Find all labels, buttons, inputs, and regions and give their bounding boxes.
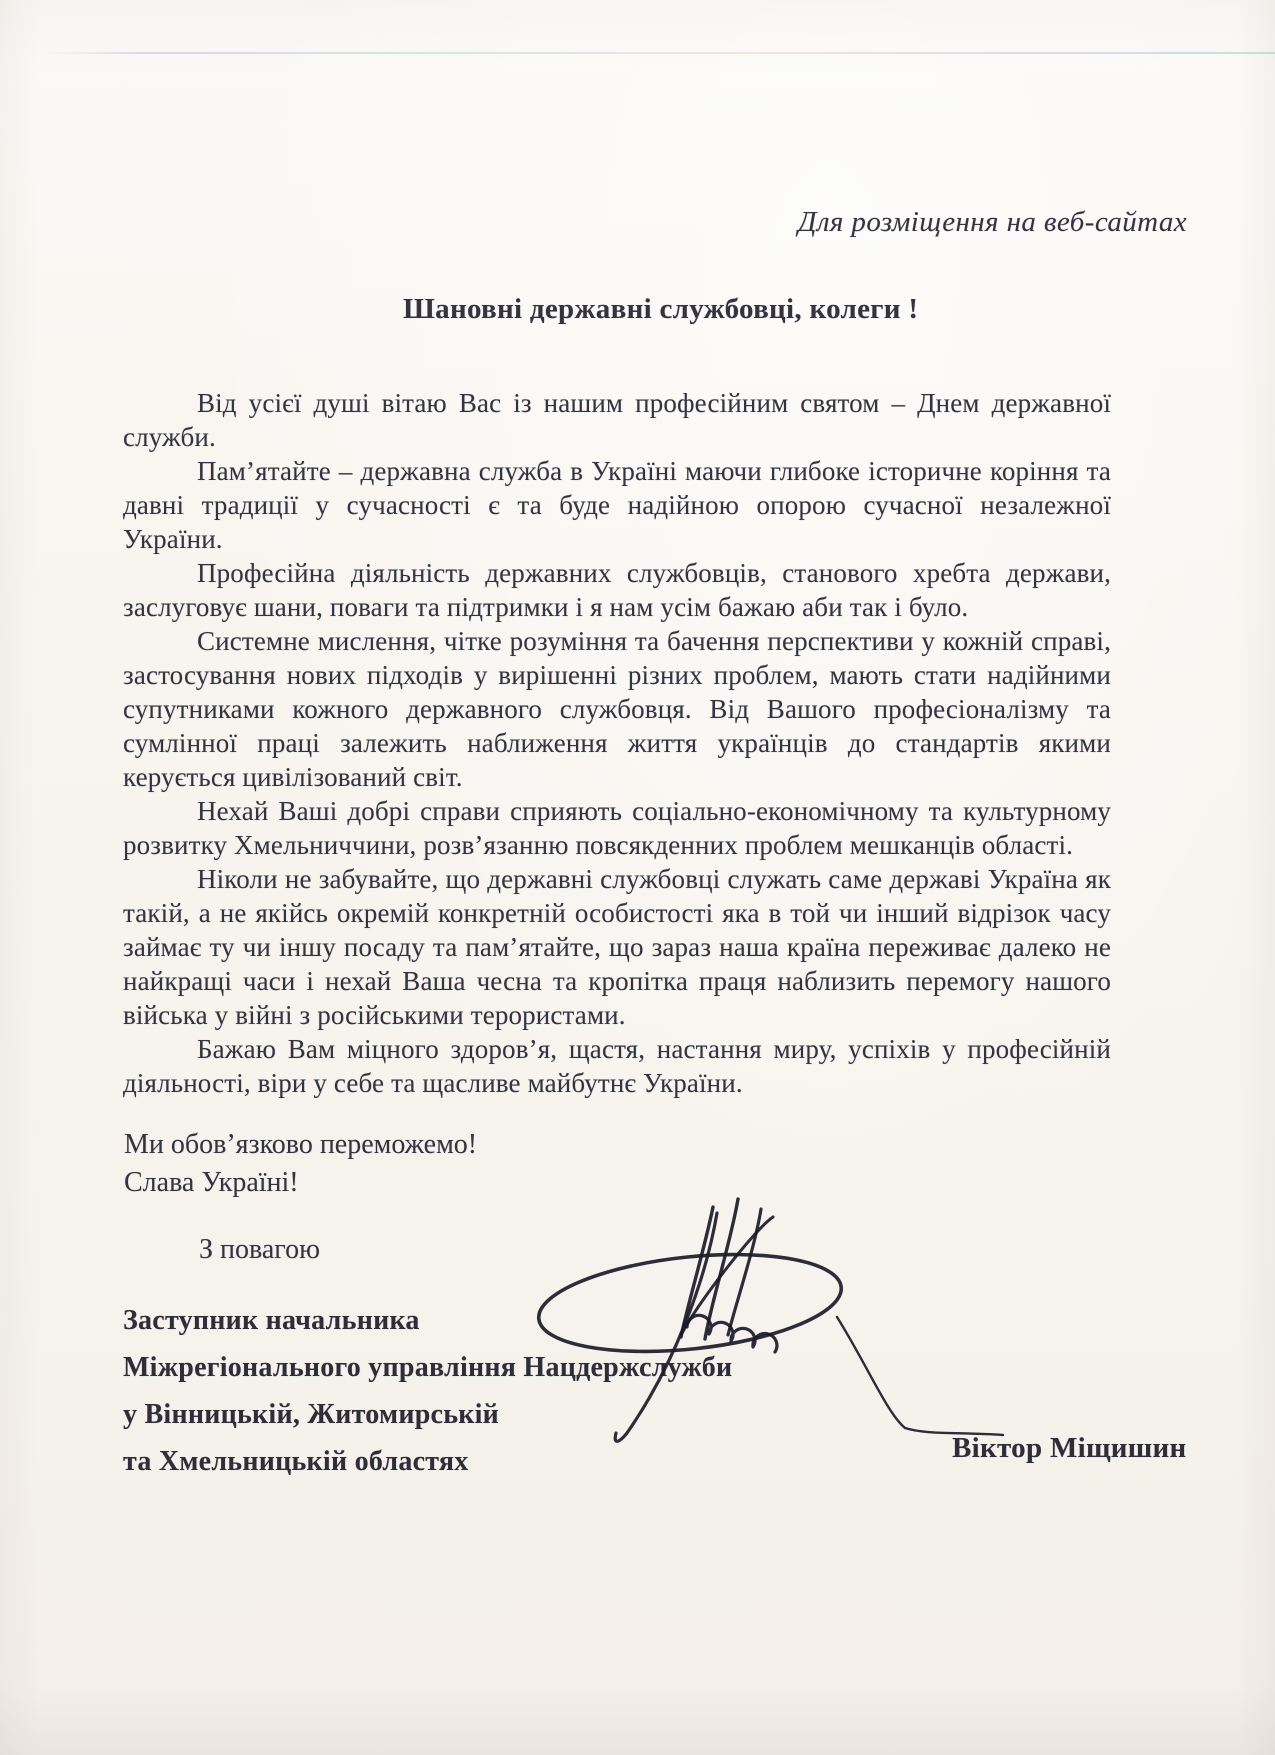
paragraph: Нехай Ваші добрі справи сприяють соціаль… (123, 794, 1111, 862)
paragraph: Системне мислення, чітке розуміння та ба… (123, 624, 1111, 794)
web-placement-annotation: Для розміщення на веб-сайтах (798, 206, 1187, 239)
letter-body: Від усієї душі вітаю Вас із нашим профес… (123, 386, 1111, 1100)
salutation-heading: Шановні державні службовці, колеги ! (403, 293, 918, 326)
regards-line: З повагою (199, 1234, 320, 1266)
closing-lines: Ми обов’язково переможемо! Слава Україні… (124, 1126, 477, 1202)
paragraph: Пам’ятайте – державна служба в Україні м… (123, 454, 1111, 556)
paragraph: Професійна діяльність державних службовц… (123, 556, 1111, 624)
paragraph: Від усієї душі вітаю Вас із нашим профес… (123, 386, 1111, 454)
glory-line: Слава Україні! (124, 1164, 477, 1202)
victory-line: Ми обов’язково переможемо! (124, 1126, 477, 1164)
scanned-letter-page: Для розміщення на веб-сайтах Шановні дер… (0, 0, 1275, 1755)
handwritten-signature-icon (455, 1185, 1015, 1465)
scan-artifact-line (46, 52, 1275, 54)
paragraph: Бажаю Вам міцного здоров’я, щастя, наста… (123, 1032, 1111, 1100)
paragraph: Ніколи не забувайте, що державні службов… (123, 862, 1111, 1032)
signer-name: Віктор Міщишин (952, 1432, 1187, 1465)
